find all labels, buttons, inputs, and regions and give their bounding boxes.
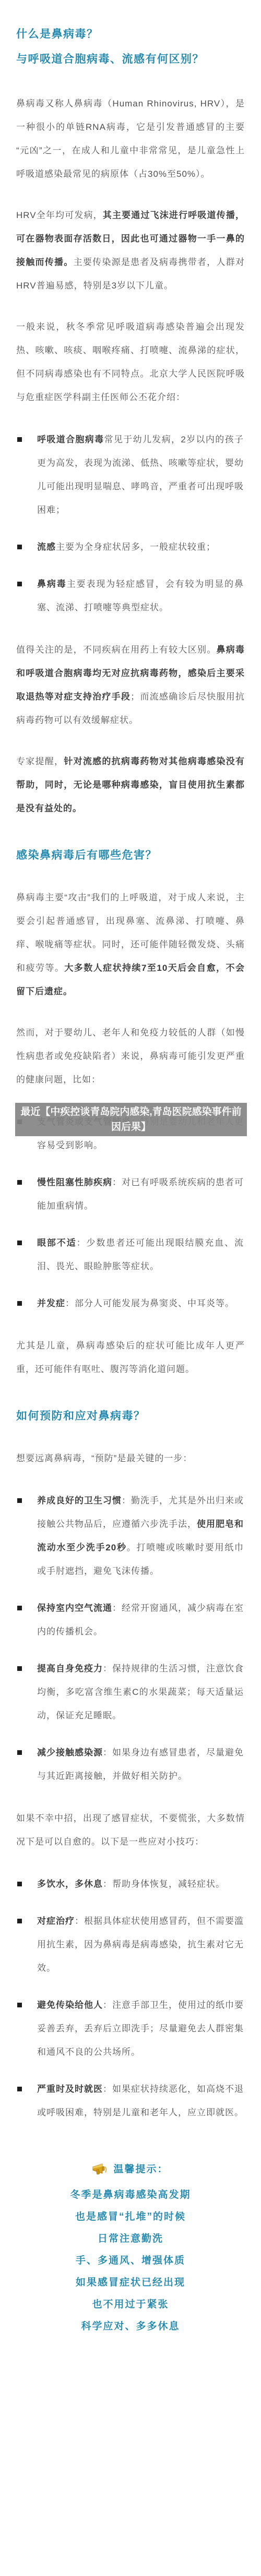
- list-item: 对症治疗：根据具体症状使用感冒药，但不需要滥用抗生素，因为鼻病毒是病毒感染，抗生…: [37, 1909, 244, 1980]
- related-article-overlay[interactable]: 最近【中疾控谈青岛院内感染,青岛医院感染事件前因后果】: [15, 1103, 247, 1136]
- list-item: 并发症：部分人可能发展为鼻窦炎、中耳炎等。: [37, 1292, 244, 1315]
- paragraph: 鼻病毒又称人鼻病毒（Human Rhinovirus, HRV），是一种很小的单…: [16, 92, 245, 186]
- section-heading-what-is-rhinovirus: 什么是鼻病毒？ 与呼吸道合胞病毒、流感有何区别？: [16, 22, 245, 72]
- heading-line: 什么是鼻病毒？: [16, 22, 245, 47]
- bullet-list-virus-differences: 呼吸道合胞病毒常见于幼儿发病，2岁以内的孩子更为高发，表现为流涕、低热、咳嗽等症…: [16, 428, 245, 619]
- bullet-list-health-risks: 支气管炎或支气管肺炎：特别是婴幼儿和老年人更容易受到影响。 最近【中疾控谈青岛院…: [16, 1110, 245, 1315]
- list-item: 流感主要为全身症状居多，一般症状较重；: [37, 535, 244, 559]
- paragraph: 如果不幸中招，出现了感冒症状，不要慌张，大多数情况下是可以自愈的。以下是一些应对…: [16, 1807, 245, 1853]
- list-item: 减少接触感染源：如果身边有感冒患者，尽量避免与其近距离接触，并做好相关防护。: [37, 1741, 244, 1788]
- paragraph: 尤其是儿童，鼻病毒感染后的症状可能比成年人更严重，还可能伴有呕吐、腹泻等消化道问…: [16, 1334, 245, 1381]
- tip-line: 日常注意勤洗: [0, 2228, 261, 2250]
- section-heading-harms: 感染鼻病毒后有哪些危害？: [16, 843, 245, 868]
- tip-line: 冬季是鼻病毒感染高发期: [0, 2184, 261, 2206]
- tips-title-row: 温馨提示：: [92, 2159, 168, 2181]
- megaphone-icon: [92, 2163, 108, 2176]
- tip-line: 如果感冒症状已经出现: [0, 2272, 261, 2294]
- list-item: 提高自身免疫力：保持规律的生活习惯，注意饮食均衡，多吃富含维生素C的水果蔬菜；每…: [37, 1657, 244, 1727]
- paragraph: 专家提醒，针对流感的抗病毒药物对其他病毒感染没有帮助，同时，无论是哪种病毒感染，…: [16, 750, 245, 820]
- bullet-list-prevention-tips: 养成良好的卫生习惯：勤洗手，尤其是外出归来或接触公共物品后，应遵循六步洗手法，使…: [16, 1489, 245, 1788]
- paragraph: 想要远离鼻病毒，“预防”是最关键的一步：: [16, 1447, 245, 1470]
- paragraph: 值得关注的是，不同疾病在用药上有较大区别。鼻病毒和呼吸道合胞病毒均无对应抗病毒药…: [16, 638, 245, 732]
- paragraph: 然而，对于婴幼儿、老年人和免疫力较低的人群（如慢性病患者或免疫缺陷者）来说，鼻病…: [16, 1021, 245, 1091]
- list-item: 多饮水，多休息：帮助身体恢复，减轻症状。: [37, 1872, 244, 1896]
- tips-footer: 温馨提示： 冬季是鼻病毒感染高发期 也是感冒“扎堆”的时候 日常注意勤洗 手、多…: [0, 2143, 261, 2362]
- bullet-list-coping-tips: 多饮水，多休息：帮助身体恢复，减轻症状。 对症治疗：根据具体症状使用感冒药，但不…: [16, 1872, 245, 2124]
- list-item: 鼻病毒主要表现为轻症感冒，会有较为明显的鼻塞、流涕、打喷嚏等典型症状。: [37, 572, 244, 619]
- heading-line: 与呼吸道合胞病毒、流感有何区别？: [16, 47, 245, 72]
- tip-line: 也是感冒“扎堆”的时候: [0, 2206, 261, 2228]
- tip-line: 科学应对、多多休息: [0, 2316, 261, 2338]
- list-item: 眼部不适：少数患者还可能出现眼结膜充血、流泪、畏光、眼睑肿胀等症状。: [37, 1231, 244, 1278]
- list-item: 养成良好的卫生习惯：勤洗手，尤其是外出归来或接触公共物品后，应遵循六步洗手法，使…: [37, 1489, 244, 1583]
- list-item: 支气管炎或支气管肺炎：特别是婴幼儿和老年人更容易受到影响。 最近【中疾控谈青岛院…: [37, 1110, 244, 1157]
- list-item: 保持室内空气流通：经常开窗通风，减少病毒在室内的传播机会。: [37, 1596, 244, 1643]
- paragraph: HRV全年均可发病，其主要通过飞沫进行呼吸道传播，可在器物表面存活数日，因此也可…: [16, 203, 245, 297]
- paragraph: 一般来说，秋冬季常见呼吸道病毒感染普遍会出现发热、咳嗽、咳痰、咽喉疼痛、打喷嚏、…: [16, 315, 245, 409]
- list-item: 呼吸道合胞病毒常见于幼儿发病，2岁以内的孩子更为高发，表现为流涕、低热、咳嗽等症…: [37, 428, 244, 522]
- tip-line: 手、多通风、增强体质: [0, 2250, 261, 2272]
- tips-title: 温馨提示：: [113, 2159, 168, 2181]
- list-item: 避免传染给他人：注意手部卫生，使用过的纸巾要妥善丢弃，丢弃后立即洗手；尽量避免去…: [37, 1993, 244, 2064]
- list-item: 严重时及时就医：如果症状持续恶化，如高烧不退或呼吸困难，特别是儿童和老年人，应立…: [37, 2077, 244, 2124]
- paragraph: 鼻病毒主要“攻击”我们的上呼吸道，对于成人来说，主要会引起普通感冒，出现鼻塞、流…: [16, 886, 245, 1003]
- tip-line: 也不用过于紧张: [0, 2294, 261, 2316]
- section-heading-prevention: 如何预防和应对鼻病毒？: [16, 1404, 245, 1429]
- article: 什么是鼻病毒？ 与呼吸道合胞病毒、流感有何区别？ 鼻病毒又称人鼻病毒（Human…: [0, 0, 261, 2124]
- list-item: 慢性阻塞性肺疾病：对已有呼吸系统疾病的患者可能加重病情。: [37, 1171, 244, 1218]
